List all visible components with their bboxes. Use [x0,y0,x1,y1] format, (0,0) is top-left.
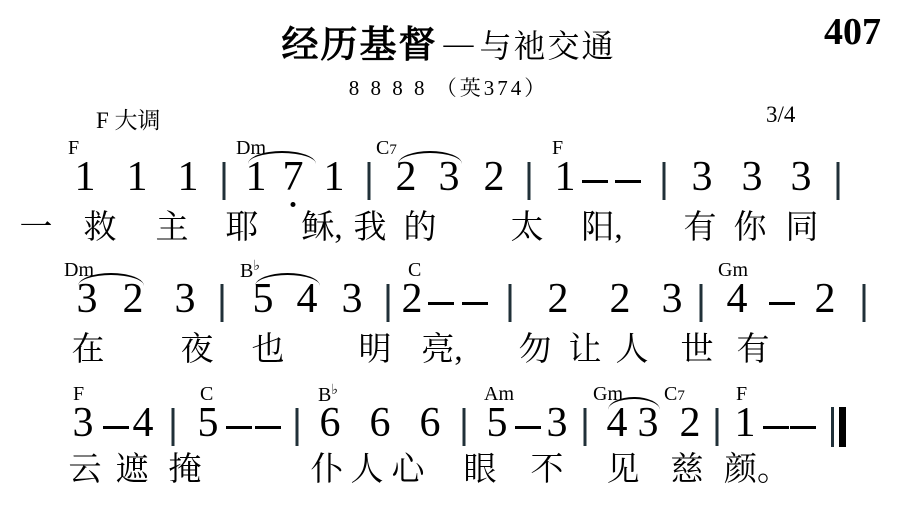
note-number: 2 [815,278,836,320]
lyric-char: 明 [359,334,392,367]
note-number: 1 [735,402,756,444]
chord-root: B [240,260,253,282]
lyric-char: 仆 [311,454,344,487]
sustain-dash [790,426,816,429]
lyric-char: 夜 [181,334,214,367]
note-number: 1 [555,156,576,198]
final-barline [831,407,847,447]
chord-root: C [664,383,677,405]
lyric-char: 太 [511,212,544,245]
note-number: 5 [198,402,219,444]
note-number: 3 [342,278,363,320]
note-number: 2 [123,278,144,320]
chord-label: C7 [376,138,397,158]
final-bar-thin [831,407,834,447]
barline [663,162,666,200]
lyric-char: 一 [20,212,53,245]
note-number: 3 [662,278,683,320]
barline [172,408,175,446]
note-number: 3 [77,278,98,320]
flat-icon: ♭ [331,383,338,398]
low-octave-dot [291,202,296,207]
lyric-char: 慈 [671,454,704,487]
note-number: 3 [439,156,460,198]
lyric-char: 阳, [581,212,622,245]
note-number: 3 [692,156,713,198]
sustain-dash [226,426,252,429]
note-number: 1 [178,156,199,198]
lyric-char: 我 [354,212,387,245]
note-number: 4 [607,402,628,444]
lyric-char: 救 [84,212,117,245]
lyric-char: 见 [607,454,640,487]
barline [387,284,390,322]
note-number: 2 [396,156,417,198]
lyric-char: 颜。 [724,454,790,487]
lyric-char: 的 [404,212,437,245]
note-number: 2 [680,402,701,444]
note-number: 1 [324,156,345,198]
note-number: 2 [548,278,569,320]
barline [223,162,226,200]
lyric-char: 亮, [421,334,462,367]
lyric-char: 勿 [519,334,552,367]
lyric-char: 有 [737,334,770,367]
barline [528,162,531,200]
lyric-char: 人 [616,334,649,367]
flat-icon: ♭ [253,259,260,274]
note-number: 6 [320,402,341,444]
lyric-char: 耶 [226,212,259,245]
note-number: 3 [547,402,568,444]
barline [716,408,719,446]
sheet-music-page: 经历基督—与祂交通 407 8 8 8 8 （英374） F 大调 3/4 FD… [0,0,897,528]
barline [700,284,703,322]
barline [221,284,224,322]
note-number: 1 [75,156,96,198]
lyric-char: 遮 [116,454,149,487]
sustain-dash [462,302,488,305]
lyric-char: 眼 [464,454,497,487]
final-bar-thick [839,407,846,447]
note-number: 5 [487,402,508,444]
lyric-char: 世 [681,334,714,367]
score: FDmC7F1111712321333一救主耶稣,我的太阳,有你同DmB♭CGm… [0,0,897,528]
lyric-char: 云 [69,454,102,487]
note-number: 7 [283,156,304,198]
barline [509,284,512,322]
sustain-dash [582,180,608,183]
sustain-dash [255,426,281,429]
lyric-char: 同 [786,212,819,245]
lyric-char: 掩 [169,454,202,487]
note-number: 5 [253,278,274,320]
barline [584,408,587,446]
note-number: 2 [610,278,631,320]
lyric-char: 有 [684,212,717,245]
note-number: 3 [742,156,763,198]
barline [296,408,299,446]
note-number: 6 [420,402,441,444]
lyric-char: 你 [734,212,767,245]
note-number: 3 [73,402,94,444]
note-number: 4 [297,278,318,320]
lyric-char: 让 [569,334,602,367]
lyric-char: 主 [156,212,189,245]
barline [863,284,866,322]
chord-root: C [376,137,389,159]
lyric-char: 人 [351,454,384,487]
barline [368,162,371,200]
sustain-dash [428,302,454,305]
lyric-char: 不 [531,454,564,487]
sustain-dash [769,302,795,305]
note-number: 3 [791,156,812,198]
lyric-char: 在 [72,334,105,367]
sustain-dash [103,426,129,429]
sustain-dash [515,426,541,429]
note-number: 2 [484,156,505,198]
sustain-dash [763,426,789,429]
lyric-char: 也 [252,334,285,367]
note-number: 6 [370,402,391,444]
lyric-char: 心 [392,454,425,487]
barline [837,162,840,200]
note-number: 3 [175,278,196,320]
note-number: 3 [638,402,659,444]
note-number: 2 [402,278,423,320]
note-number: 4 [727,278,748,320]
note-number: 4 [133,402,154,444]
barline [463,408,466,446]
note-number: 1 [127,156,148,198]
note-number: 1 [246,156,267,198]
sustain-dash [615,180,641,183]
lyric-char: 稣, [301,212,342,245]
